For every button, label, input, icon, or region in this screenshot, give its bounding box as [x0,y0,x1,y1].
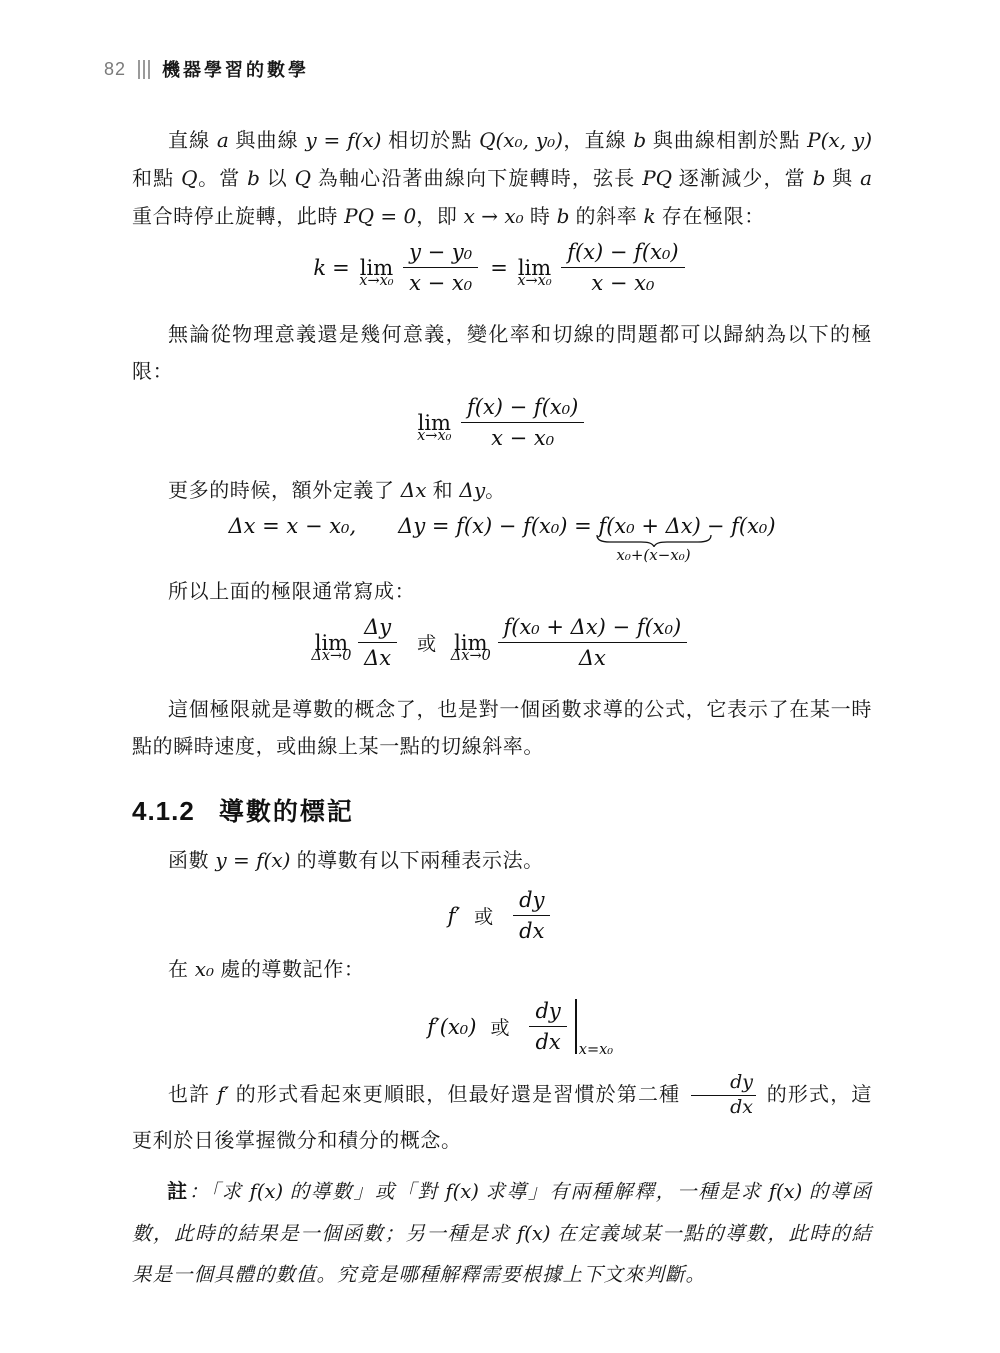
formula-slope-limit: k = lim x→x₀ y − y₀ x − x₀ = lim x→x₀ f(… [132,240,872,295]
fraction: f(x) − f(x₀) x − x₀ [461,395,584,450]
running-header: 82 機器學習的數學 [104,56,1000,82]
formula-notation-forms: f′ 或 dy dx [132,888,872,943]
limit-operator: lim Δx→0 [315,631,348,655]
fraction-numerator: dy [529,999,566,1027]
section-heading: 4.1.2 導數的標記 [132,792,872,828]
paragraph-derivative-concept: 這個極限就是導數的概念了，也是對一個函數求導的公式，它表示了在某一時點的瞬時速度… [132,692,872,766]
fraction: y − y₀ x − x₀ [403,240,478,295]
fraction-numerator: y − y₀ [403,240,478,268]
paragraph-delta-definition: 更多的時候，額外定義了 Δx 和 Δy。 [132,472,872,510]
f-prime-x0: f′(x₀) [427,1015,476,1039]
fraction-numerator: f(x₀ + Δx) − f(x₀) [498,615,688,643]
formula-delta-xy: Δx = x − x₀, Δy = f(x) − f(x₀) = f (x₀ +… [132,514,872,538]
paragraph-usually-written: 所以上面的極限通常寫成： [132,574,872,611]
fraction-numerator: f(x) − f(x₀) [461,395,584,423]
limit-operator: lim x→x₀ [418,411,451,435]
f-prime: f′ [448,904,461,928]
lim-subscript: x→x₀ [517,273,551,289]
minus-f-x0-term: − f(x₀) [707,514,776,538]
lim-subscript: Δx→0 [311,648,351,664]
underbrace-label: x₀+(x−x₀) [616,546,690,564]
fraction: f(x₀ + Δx) − f(x₀) Δx [498,615,688,670]
fraction: dy dx [513,888,550,943]
limit-operator: lim x→x₀ [518,256,551,280]
evaluation-subscript: x=x₀ [579,1042,613,1058]
paragraph-physical-geometric: 無論從物理意義還是幾何意義，變化率和切線的問題都可以歸納為以下的極限： [132,317,872,391]
fraction-denominator: x − x₀ [409,268,472,295]
triple-bar-icon [138,60,150,79]
formula-derivative-at-point: f′(x₀) 或 dy dx x=x₀ [132,999,872,1054]
fraction-numerator: Δy [358,615,397,643]
or-word: 或 [417,629,436,656]
page-number: 82 [104,59,126,80]
paragraph-segment: 也許 f′ 的形式看起來更順眼，但最好還是習慣於第二種 [168,1084,687,1106]
lim-subscript: x→x₀ [359,273,393,289]
page-content: 直線 a 與曲線 y = f(x) 相切於點 Q(x₀, y₀)，直線 b 與曲… [132,122,872,1296]
fraction-denominator: dx [519,916,544,943]
fraction-numerator: dy [513,888,550,916]
inline-fraction: dydx [691,1072,756,1119]
fraction-denominator: x − x₀ [591,268,654,295]
paragraph-derivative-at-x0: 在 x₀ 處的導數記作： [132,951,872,989]
or-word: 或 [474,902,493,929]
fraction-numerator: dy [691,1072,756,1096]
fraction-denominator: dx [694,1096,753,1119]
section-number: 4.1.2 [132,796,195,827]
equals-sign: = [332,256,350,280]
paragraph-tangent-secant: 直線 a 與曲線 y = f(x) 相切於點 Q(x₀, y₀)，直線 b 與曲… [132,122,872,236]
fraction-denominator: x − x₀ [491,423,554,450]
formula-derivative-limit-forms: lim Δx→0 Δy Δx 或 lim Δx→0 f(x₀ + Δx) − f… [132,615,872,670]
fraction: Δy Δx [358,615,397,670]
limit-operator: lim x→x₀ [360,256,393,280]
fraction-denominator: dx [535,1027,560,1054]
fraction-numerator: f(x) − f(x₀) [561,240,684,268]
delta-x-definition: Δx = x − x₀, [228,514,356,538]
lim-subscript: Δx→0 [451,648,491,664]
fraction: dy dx [529,999,566,1054]
fraction-denominator: Δx [579,643,606,670]
delta-y-definition: Δy = f(x) − f(x₀) = f [398,514,606,538]
or-word: 或 [490,1013,509,1040]
limit-operator: lim Δx→0 [454,631,487,655]
book-title: 機器學習的數學 [162,56,309,82]
section-title: 導數的標記 [219,792,354,828]
equals-sign: = [490,256,508,280]
book-page: 82 機器學習的數學 直線 a 與曲線 y = f(x) 相切於點 Q(x₀, … [0,0,1000,1353]
formula-lhs: k [313,256,326,280]
lim-subscript: x→x₀ [417,428,451,444]
paragraph-two-notations: 函數 y = f(x) 的導數有以下兩種表示法。 [132,842,872,880]
paragraph-preferred-form: 也許 f′ 的形式看起來更順眼，但最好還是習慣於第二種 dydx 的形式，這更利… [132,1072,872,1163]
fraction: f(x) − f(x₀) x − x₀ [561,240,684,295]
note-paragraph: 註：「求 f(x) 的導數」或「對 f(x) 求導」有兩種解釋，一種是求 f(x… [132,1171,872,1296]
evaluation-bar: x=x₀ [575,999,577,1054]
fraction-denominator: Δx [364,643,391,670]
formula-difference-quotient-limit: lim x→x₀ f(x) − f(x₀) x − x₀ [132,395,872,450]
underbraced-term: (x₀ + Δx) x₀+(x−x₀) [606,514,701,538]
